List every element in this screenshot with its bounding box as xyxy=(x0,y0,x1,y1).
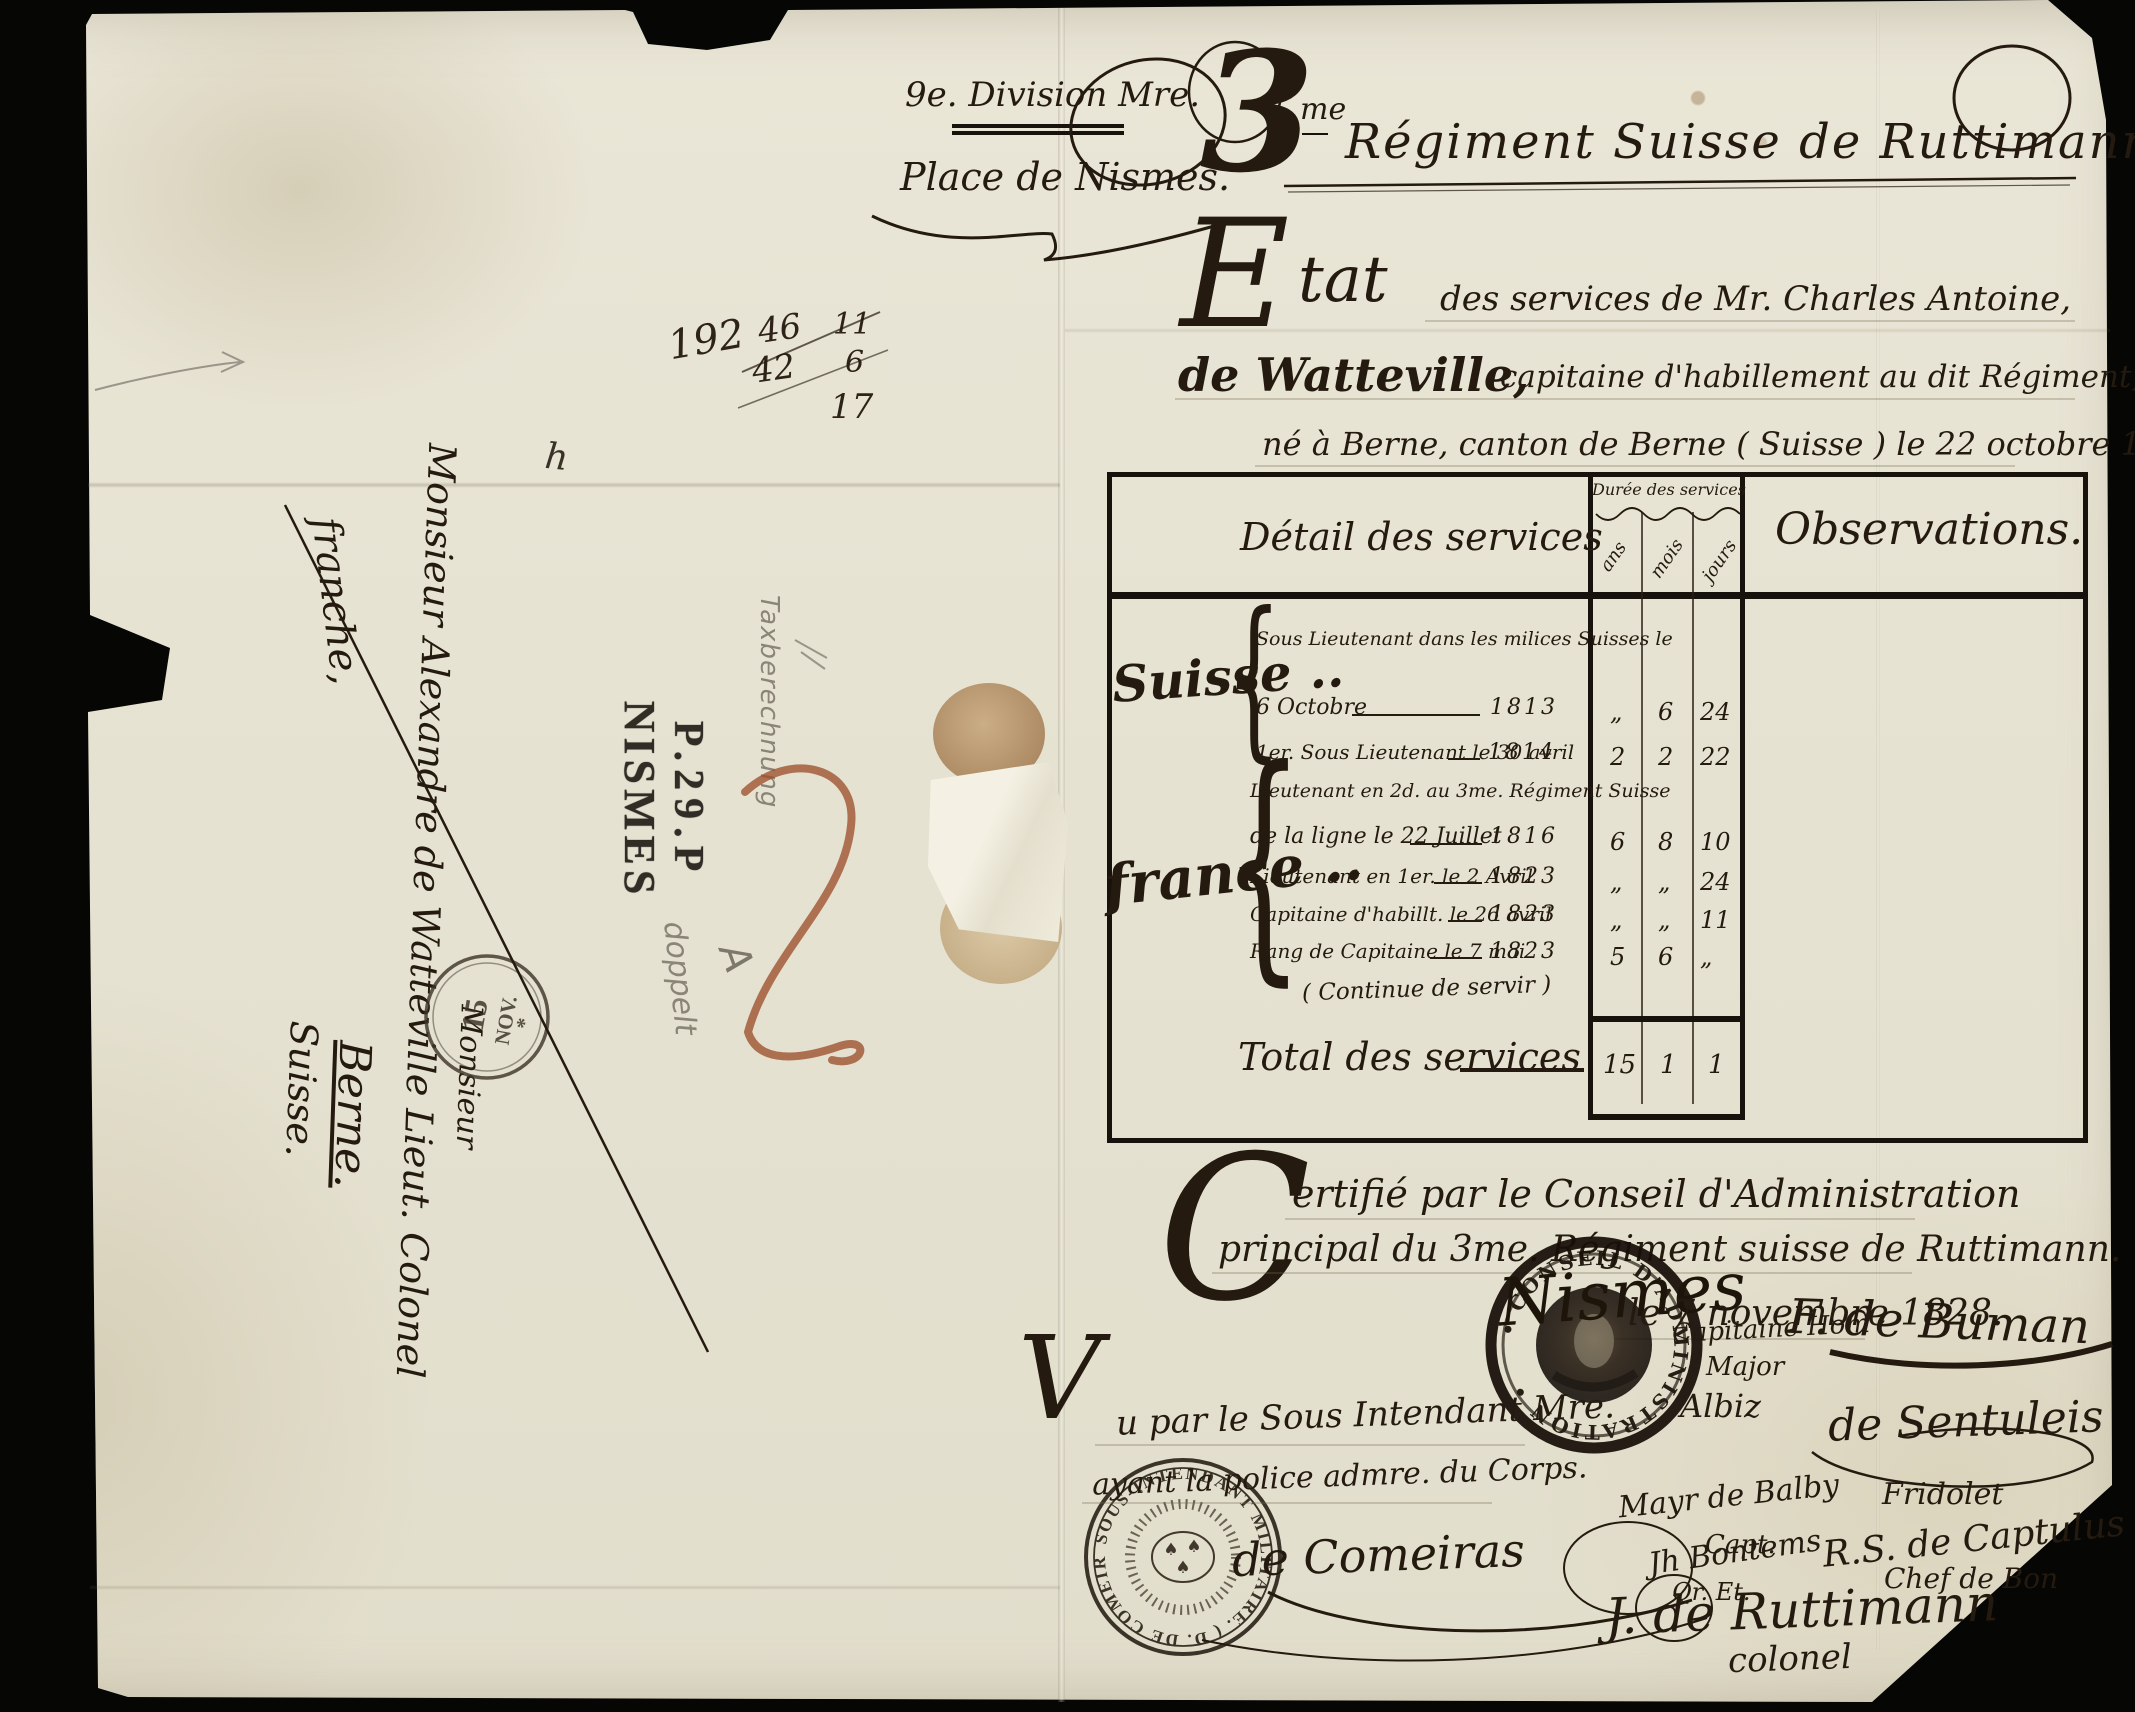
row-suisse1-line1: Sous Lieutenant dans les milices Suisses… xyxy=(1256,630,1673,649)
row-france4-line: Rang de Capitaine le 7 mai xyxy=(1250,941,1525,961)
verso-number-6: 6 xyxy=(845,348,864,378)
row-france4-jours: „ xyxy=(1700,945,1712,969)
row-suisse2-year: 1814 xyxy=(1488,742,1556,764)
row-france1-year: 1816 xyxy=(1490,826,1558,848)
row-france2-jours: 24 xyxy=(1700,870,1731,894)
row-france4-mois: 6 xyxy=(1658,945,1673,969)
row-france2-dash xyxy=(1434,882,1482,884)
row-france3-ans: „ xyxy=(1610,908,1622,932)
row-france3-dash xyxy=(1448,920,1482,922)
regiment-number-sup: me xyxy=(1300,95,1346,125)
row-france1-dash xyxy=(1410,843,1482,845)
row-suisse1-year: 1813 xyxy=(1490,697,1558,719)
row-france2-ans: „ xyxy=(1610,870,1622,894)
row-suisse1-ans: „ xyxy=(1610,700,1622,724)
sig-major: Major xyxy=(1706,1354,1784,1380)
cert-line1: ertifié par le Conseil d'Administration xyxy=(1292,1175,2020,1213)
row-suisse1-dash xyxy=(1352,714,1480,716)
sig-ruttimann: J. de Ruttimann xyxy=(1604,1578,1999,1642)
intro-line3: né à Berne, canton de Berne ( Suisse ) l… xyxy=(1262,428,2135,460)
row-suisse1-line2: 6 Octobre xyxy=(1256,697,1367,719)
nismes-postmark-line1: P.29.P xyxy=(664,640,712,960)
total-dash xyxy=(1460,1068,1584,1072)
verso-number-42: 42 xyxy=(750,349,798,389)
visa-initial: V xyxy=(1018,1322,1101,1437)
row-france3-year: 1823 xyxy=(1490,904,1558,926)
verso-number-11: 11 xyxy=(833,310,871,340)
left-fold-crease-lower xyxy=(90,1585,1060,1590)
total-ans: 15 xyxy=(1603,1052,1636,1078)
visa-signature-comeiras: de Comeiras xyxy=(1231,1527,1525,1583)
division-underline-1 xyxy=(952,124,1124,128)
sig-buman: F. de Buman xyxy=(1787,1293,2090,1352)
row-france2-mois: „ xyxy=(1658,870,1670,894)
intro-line2: capitaine d'habillement au dit Régiment, xyxy=(1500,362,2135,393)
duration-col-right xyxy=(1740,472,1745,1120)
division-line: 9e. Division Mre. xyxy=(905,78,1200,112)
regiment-sup-rule xyxy=(1302,133,1328,135)
row-france1-jours: 10 xyxy=(1700,830,1731,854)
row-france1-mois: 8 xyxy=(1658,830,1673,854)
row-suisse2-mois: 2 xyxy=(1658,745,1673,769)
col-header-detail: Détail des services xyxy=(1240,518,1570,556)
col-header-observations: Observations. xyxy=(1775,508,2065,552)
intro-initial: E xyxy=(1180,200,1290,350)
verso-tax-note: Taxberechnung xyxy=(756,595,782,808)
row-suisse2-dash xyxy=(1448,758,1480,760)
verso-number-17: 17 xyxy=(830,390,873,424)
verso-number-46: 46 xyxy=(756,309,804,349)
regiment-title: Régiment Suisse de Ruttimann. xyxy=(1345,118,2135,166)
row-france3-jours: 11 xyxy=(1700,908,1731,932)
total-mois: 1 xyxy=(1660,1052,1677,1078)
address-country: Suisse. xyxy=(275,1020,323,1319)
sig-ruttimann-rank: colonel xyxy=(1727,1640,1852,1678)
intro-name: de Watteville, xyxy=(1178,352,1529,398)
row-france4-dash xyxy=(1430,957,1482,959)
total-jours: 1 xyxy=(1708,1052,1725,1078)
intro-line1: des services de Mr. Charles Antoine, xyxy=(1440,282,2071,316)
row-suisse1-jours: 24 xyxy=(1700,700,1731,724)
row-france1-line1: Lieutenant en 2d. au 3me. Régiment Suiss… xyxy=(1250,782,1670,801)
sig-albiz: Albiz xyxy=(1680,1390,1761,1422)
row-france4-ans: 5 xyxy=(1610,945,1625,969)
nismes-postmark: P.29.P NISMES xyxy=(602,640,712,960)
sig-sentuleis: de Sentuleis xyxy=(1827,1395,2104,1449)
total-box-top xyxy=(1588,1016,1745,1022)
row-france2-year: 1823 xyxy=(1490,866,1558,888)
sig-fridolet: Fridolet xyxy=(1882,1480,2003,1510)
row-france1-ans: 6 xyxy=(1610,830,1625,854)
nismes-postmark-line2: NISMES xyxy=(613,640,664,960)
row-suisse2-jours: 22 xyxy=(1700,745,1731,769)
intro-rest: tat xyxy=(1298,248,1388,312)
row-suisse2-ans: 2 xyxy=(1610,745,1625,769)
verso-h-mark: h xyxy=(543,439,570,477)
division-underline-2 xyxy=(952,131,1124,135)
regiment-number: 3 xyxy=(1200,30,1315,195)
row-suisse1-mois: 6 xyxy=(1658,700,1673,724)
row-france4-year: 1823 xyxy=(1490,941,1558,963)
col-header-duration: Durée des services xyxy=(1592,482,1742,498)
address-city: Berne. xyxy=(323,1040,377,1321)
scanned-letter-scene: 192 46 42 11 6 17 h Taxberechnung A dopp… xyxy=(0,0,2135,1712)
total-box-bottom xyxy=(1588,1114,1745,1120)
row-france3-mois: „ xyxy=(1658,908,1670,932)
